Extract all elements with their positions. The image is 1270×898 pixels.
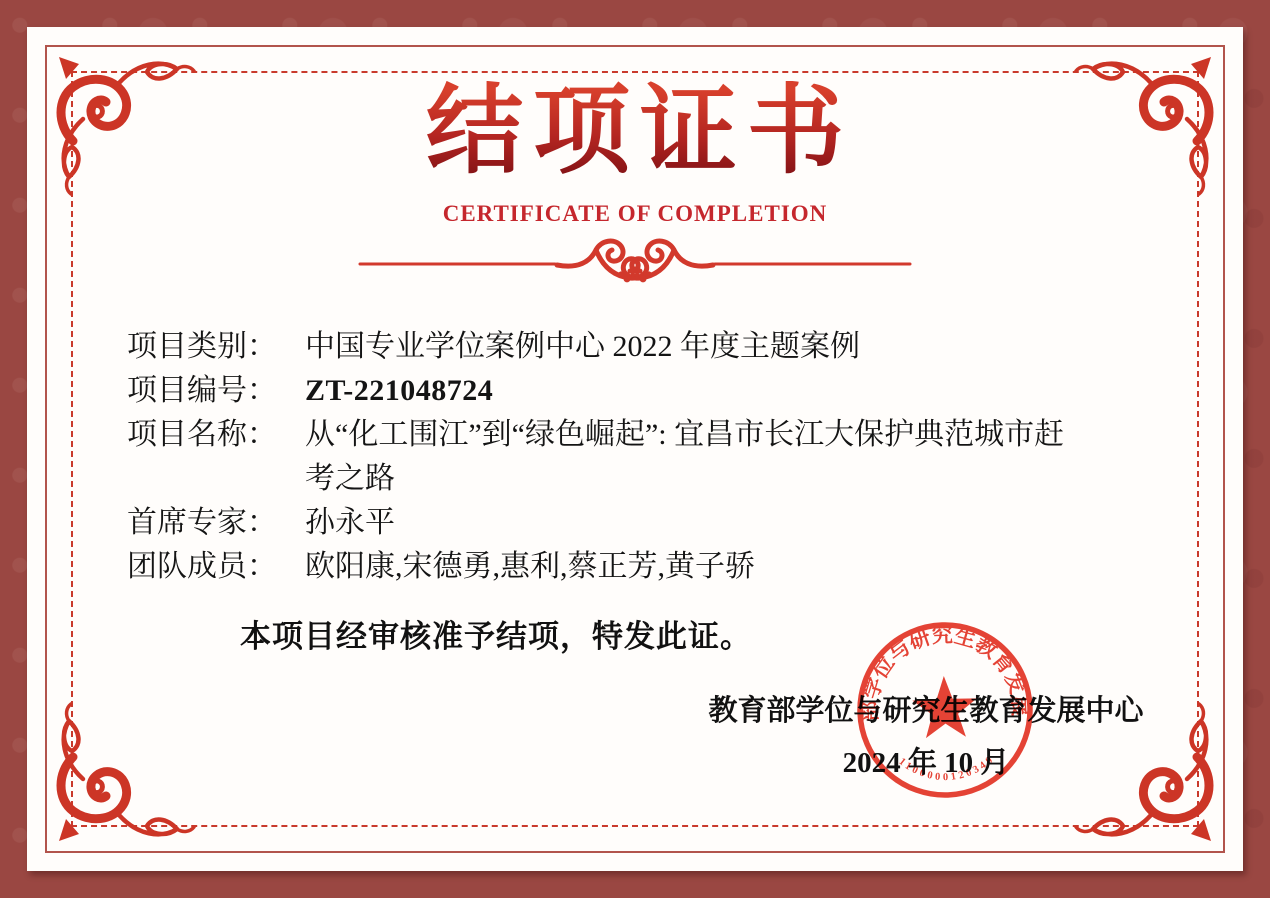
field-team-members: 团队成员： 欧阳康,宋德勇,惠利,蔡正芳,黄子骄 bbox=[127, 545, 1167, 589]
field-chief-expert: 首席专家： 孙永平 bbox=[127, 501, 1167, 545]
field-label: 团队成员： bbox=[127, 545, 305, 589]
field-value: 从“化工围江”到“绿色崛起”: 宜昌市长江大保护典范城市赶 考之路 bbox=[305, 413, 1167, 501]
certificate-subtitle-en: CERTIFICATE OF COMPLETION bbox=[27, 201, 1243, 227]
field-project-number: 项目编号： ZT-221048724 bbox=[127, 369, 1167, 413]
field-label: 项目类别： bbox=[127, 325, 305, 369]
corner-flourish-icon bbox=[49, 49, 199, 199]
field-value: ZT-221048724 bbox=[305, 369, 1167, 413]
corner-flourish-icon bbox=[49, 699, 199, 849]
field-value-line: 从“化工围江”到“绿色崛起”: 宜昌市长江大保护典范城市赶 bbox=[305, 413, 1167, 457]
certificate-fields: 项目类别： 中国专业学位案例中心 2022 年度主题案例 项目编号： ZT-22… bbox=[127, 325, 1167, 589]
corner-flourish-icon bbox=[1071, 49, 1221, 199]
field-value: 孙永平 bbox=[305, 501, 1167, 545]
seal-serial-number: 1100000120340 bbox=[896, 753, 998, 785]
flourish-divider-icon bbox=[350, 235, 920, 289]
field-label: 项目编号： bbox=[127, 369, 305, 413]
svg-text:1100000120340: 1100000120340 bbox=[896, 753, 998, 785]
certificate-page: { "header": { "title": "结项证书", "subtitle… bbox=[0, 0, 1270, 898]
field-label: 项目名称： bbox=[127, 413, 305, 457]
certificate-panel: 结项证书 CERTIFICATE OF COMPLETION bbox=[27, 27, 1243, 871]
certificate-title: 结项证书 bbox=[27, 81, 1243, 183]
field-value: 中国专业学位案例中心 2022 年度主题案例 bbox=[305, 325, 1167, 369]
field-project-name: 项目名称： 从“化工围江”到“绿色崛起”: 宜昌市长江大保护典范城市赶 考之路 bbox=[127, 413, 1167, 501]
corner-flourish-icon bbox=[1071, 699, 1221, 849]
completion-statement: 本项目经审核准予结项，特发此证。 bbox=[240, 611, 1243, 656]
field-value-line: 考之路 bbox=[305, 457, 1167, 501]
field-project-category: 项目类别： 中国专业学位案例中心 2022 年度主题案例 bbox=[127, 325, 1167, 369]
field-value: 欧阳康,宋德勇,惠利,蔡正芳,黄子骄 bbox=[305, 545, 1167, 589]
official-seal: 教育部学位与研究生教育发展中心 1100000120340 bbox=[842, 607, 1049, 814]
field-label: 首席专家： bbox=[127, 501, 305, 545]
star-icon bbox=[912, 675, 979, 739]
